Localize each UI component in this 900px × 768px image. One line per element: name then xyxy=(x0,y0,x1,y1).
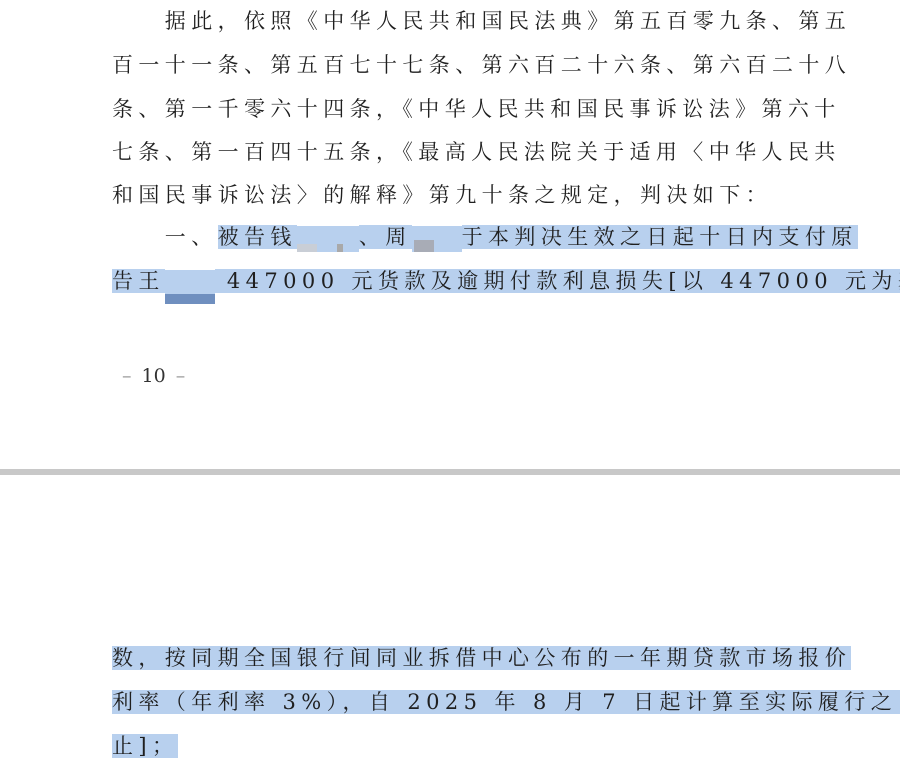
text-line: 和国民事诉讼法〉的解释》第九十条之规定，判决如下： xyxy=(112,180,792,210)
text-line: 据此，依照《中华人民共和国民法典》第五百零九条、第五 xyxy=(112,6,792,36)
text-line: 条、第一千零六十四条，《中华人民共和国民事诉讼法》第六十 xyxy=(112,94,792,124)
selected-text[interactable]: 、周 xyxy=(359,225,412,249)
redacted-name xyxy=(412,226,462,252)
selected-text[interactable]: 数，按同期全国银行间同业拆借中心公布的一年期贷款市场报价 xyxy=(112,646,851,670)
redacted-name xyxy=(297,226,359,252)
text-line-selected[interactable]: 数，按同期全国银行间同业拆借中心公布的一年期贷款市场报价 xyxy=(112,643,792,673)
text-line-selected[interactable]: 止]； xyxy=(112,731,792,761)
redacted-name xyxy=(165,270,215,296)
text-line-selected[interactable]: 利率（年利率 3%），自 2025 年 8 月 7 日起计算至实际履行之日 xyxy=(112,687,792,717)
document-page-10: 据此，依照《中华人民共和国民法典》第五百零九条、第五 百一十一条、第五百七十七条… xyxy=(0,0,900,469)
selected-text[interactable]: 止]； xyxy=(112,734,178,758)
selected-text[interactable]: 被告钱 xyxy=(218,225,297,249)
document-page-11: 数，按同期全国银行间同业拆借中心公布的一年期贷款市场报价 利率（年利率 3%），… xyxy=(0,475,900,768)
judgment-line-1[interactable]: 一、被告钱、周于本判决生效之日起十日内支付原 xyxy=(112,222,792,252)
text-line: 百一十一条、第五百七十七条、第六百二十六条、第六百二十八 xyxy=(112,50,792,80)
judgment-prefix: 一、 xyxy=(112,225,218,249)
judgment-line-2[interactable]: 告王 447000 元货款及逾期付款利息损失[以 447000 元为基 xyxy=(112,266,792,296)
selected-text[interactable]: 利率（年利率 3%），自 2025 年 8 月 7 日起计算至实际履行之日 xyxy=(112,690,900,714)
page-number: –10– xyxy=(112,365,195,387)
selected-text[interactable]: 于本判决生效之日起十日内支付原 xyxy=(462,225,858,249)
text-line: 七条、第一百四十五条，《最高人民法院关于适用〈中华人民共 xyxy=(112,137,792,167)
selected-text[interactable]: 447000 元货款及逾期付款利息损失[以 447000 元为基 xyxy=(215,269,900,293)
selected-text[interactable]: 告王 xyxy=(112,269,165,293)
